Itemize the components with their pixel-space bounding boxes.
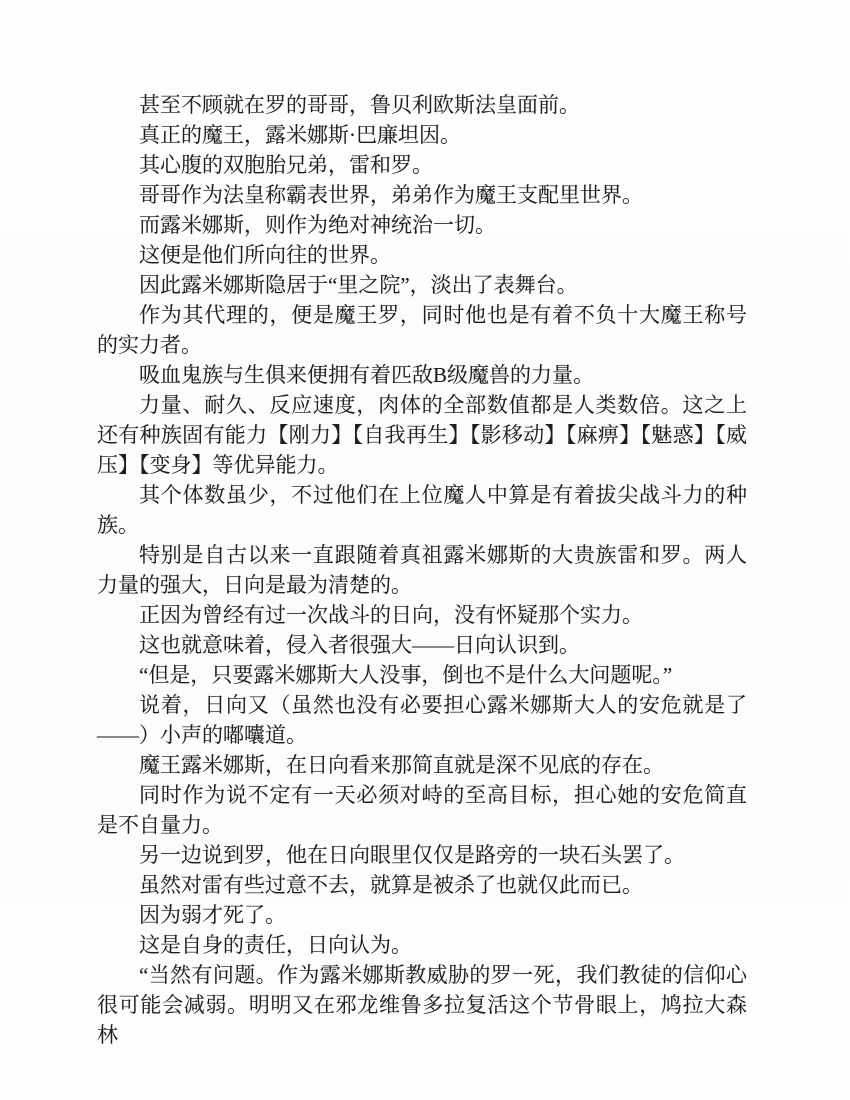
paragraph: 因为弱才死了。 [97, 900, 747, 930]
paragraph: 真正的魔王，露米娜斯·巴廉坦因。 [97, 120, 747, 150]
paragraph: 其心腹的双胞胎兄弟，雷和罗。 [97, 150, 747, 180]
paragraph: 因此露米娜斯隐居于“里之院”，淡出了表舞台。 [97, 270, 747, 300]
paragraph: 这便是他们所向往的世界。 [97, 240, 747, 270]
paragraph: “但是，只要露米娜斯大人没事，倒也不是什么大问题呢。” [97, 660, 747, 690]
paragraph: 同时作为说不定有一天必须对峙的至高目标，担心她的安危简直是不自量力。 [97, 780, 747, 840]
paragraph: 正因为曾经有过一次战斗的日向，没有怀疑那个实力。 [97, 600, 747, 630]
paragraph: 这是自身的责任，日向认为。 [97, 930, 747, 960]
paragraph: 甚至不顾就在罗的哥哥，鲁贝利欧斯法皇面前。 [97, 90, 747, 120]
paragraph: 力量、耐久、反应速度，肉体的全部数值都是人类数倍。这之上还有种族固有能力【刚力】… [97, 390, 747, 480]
document-page: 甚至不顾就在罗的哥哥，鲁贝利欧斯法皇面前。 真正的魔王，露米娜斯·巴廉坦因。 其… [0, 0, 850, 1100]
paragraph: 说着，日向又（虽然也没有必要担心露米娜斯大人的安危就是了——）小声的嘟囔道。 [97, 690, 747, 750]
paragraph: 虽然对雷有些过意不去，就算是被杀了也就仅此而已。 [97, 870, 747, 900]
novel-text-column: 甚至不顾就在罗的哥哥，鲁贝利欧斯法皇面前。 真正的魔王，露米娜斯·巴廉坦因。 其… [97, 90, 747, 1050]
paragraph: 这也就意味着，侵入者很强大——日向认识到。 [97, 630, 747, 660]
paragraph: 特别是自古以来一直跟随着真祖露米娜斯的大贵族雷和罗。两人力量的强大，日向是最为清… [97, 540, 747, 600]
paragraph: 吸血鬼族与生俱来便拥有着匹敌B级魔兽的力量。 [97, 360, 747, 390]
paragraph: 作为其代理的，便是魔王罗，同时他也是有着不负十大魔王称号的实力者。 [97, 300, 747, 360]
paragraph: 而露米娜斯，则作为绝对神统治一切。 [97, 210, 747, 240]
paragraph: 哥哥作为法皇称霸表世界，弟弟作为魔王支配里世界。 [97, 180, 747, 210]
paragraph: 其个体数虽少，不过他们在上位魔人中算是有着拔尖战斗力的种族。 [97, 480, 747, 540]
paragraph: “当然有问题。作为露米娜斯教威胁的罗一死，我们教徒的信仰心很可能会减弱。明明又在… [97, 960, 747, 1050]
paragraph: 魔王露米娜斯，在日向看来那简直就是深不见底的存在。 [97, 750, 747, 780]
paragraph: 另一边说到罗，他在日向眼里仅仅是路旁的一块石头罢了。 [97, 840, 747, 870]
